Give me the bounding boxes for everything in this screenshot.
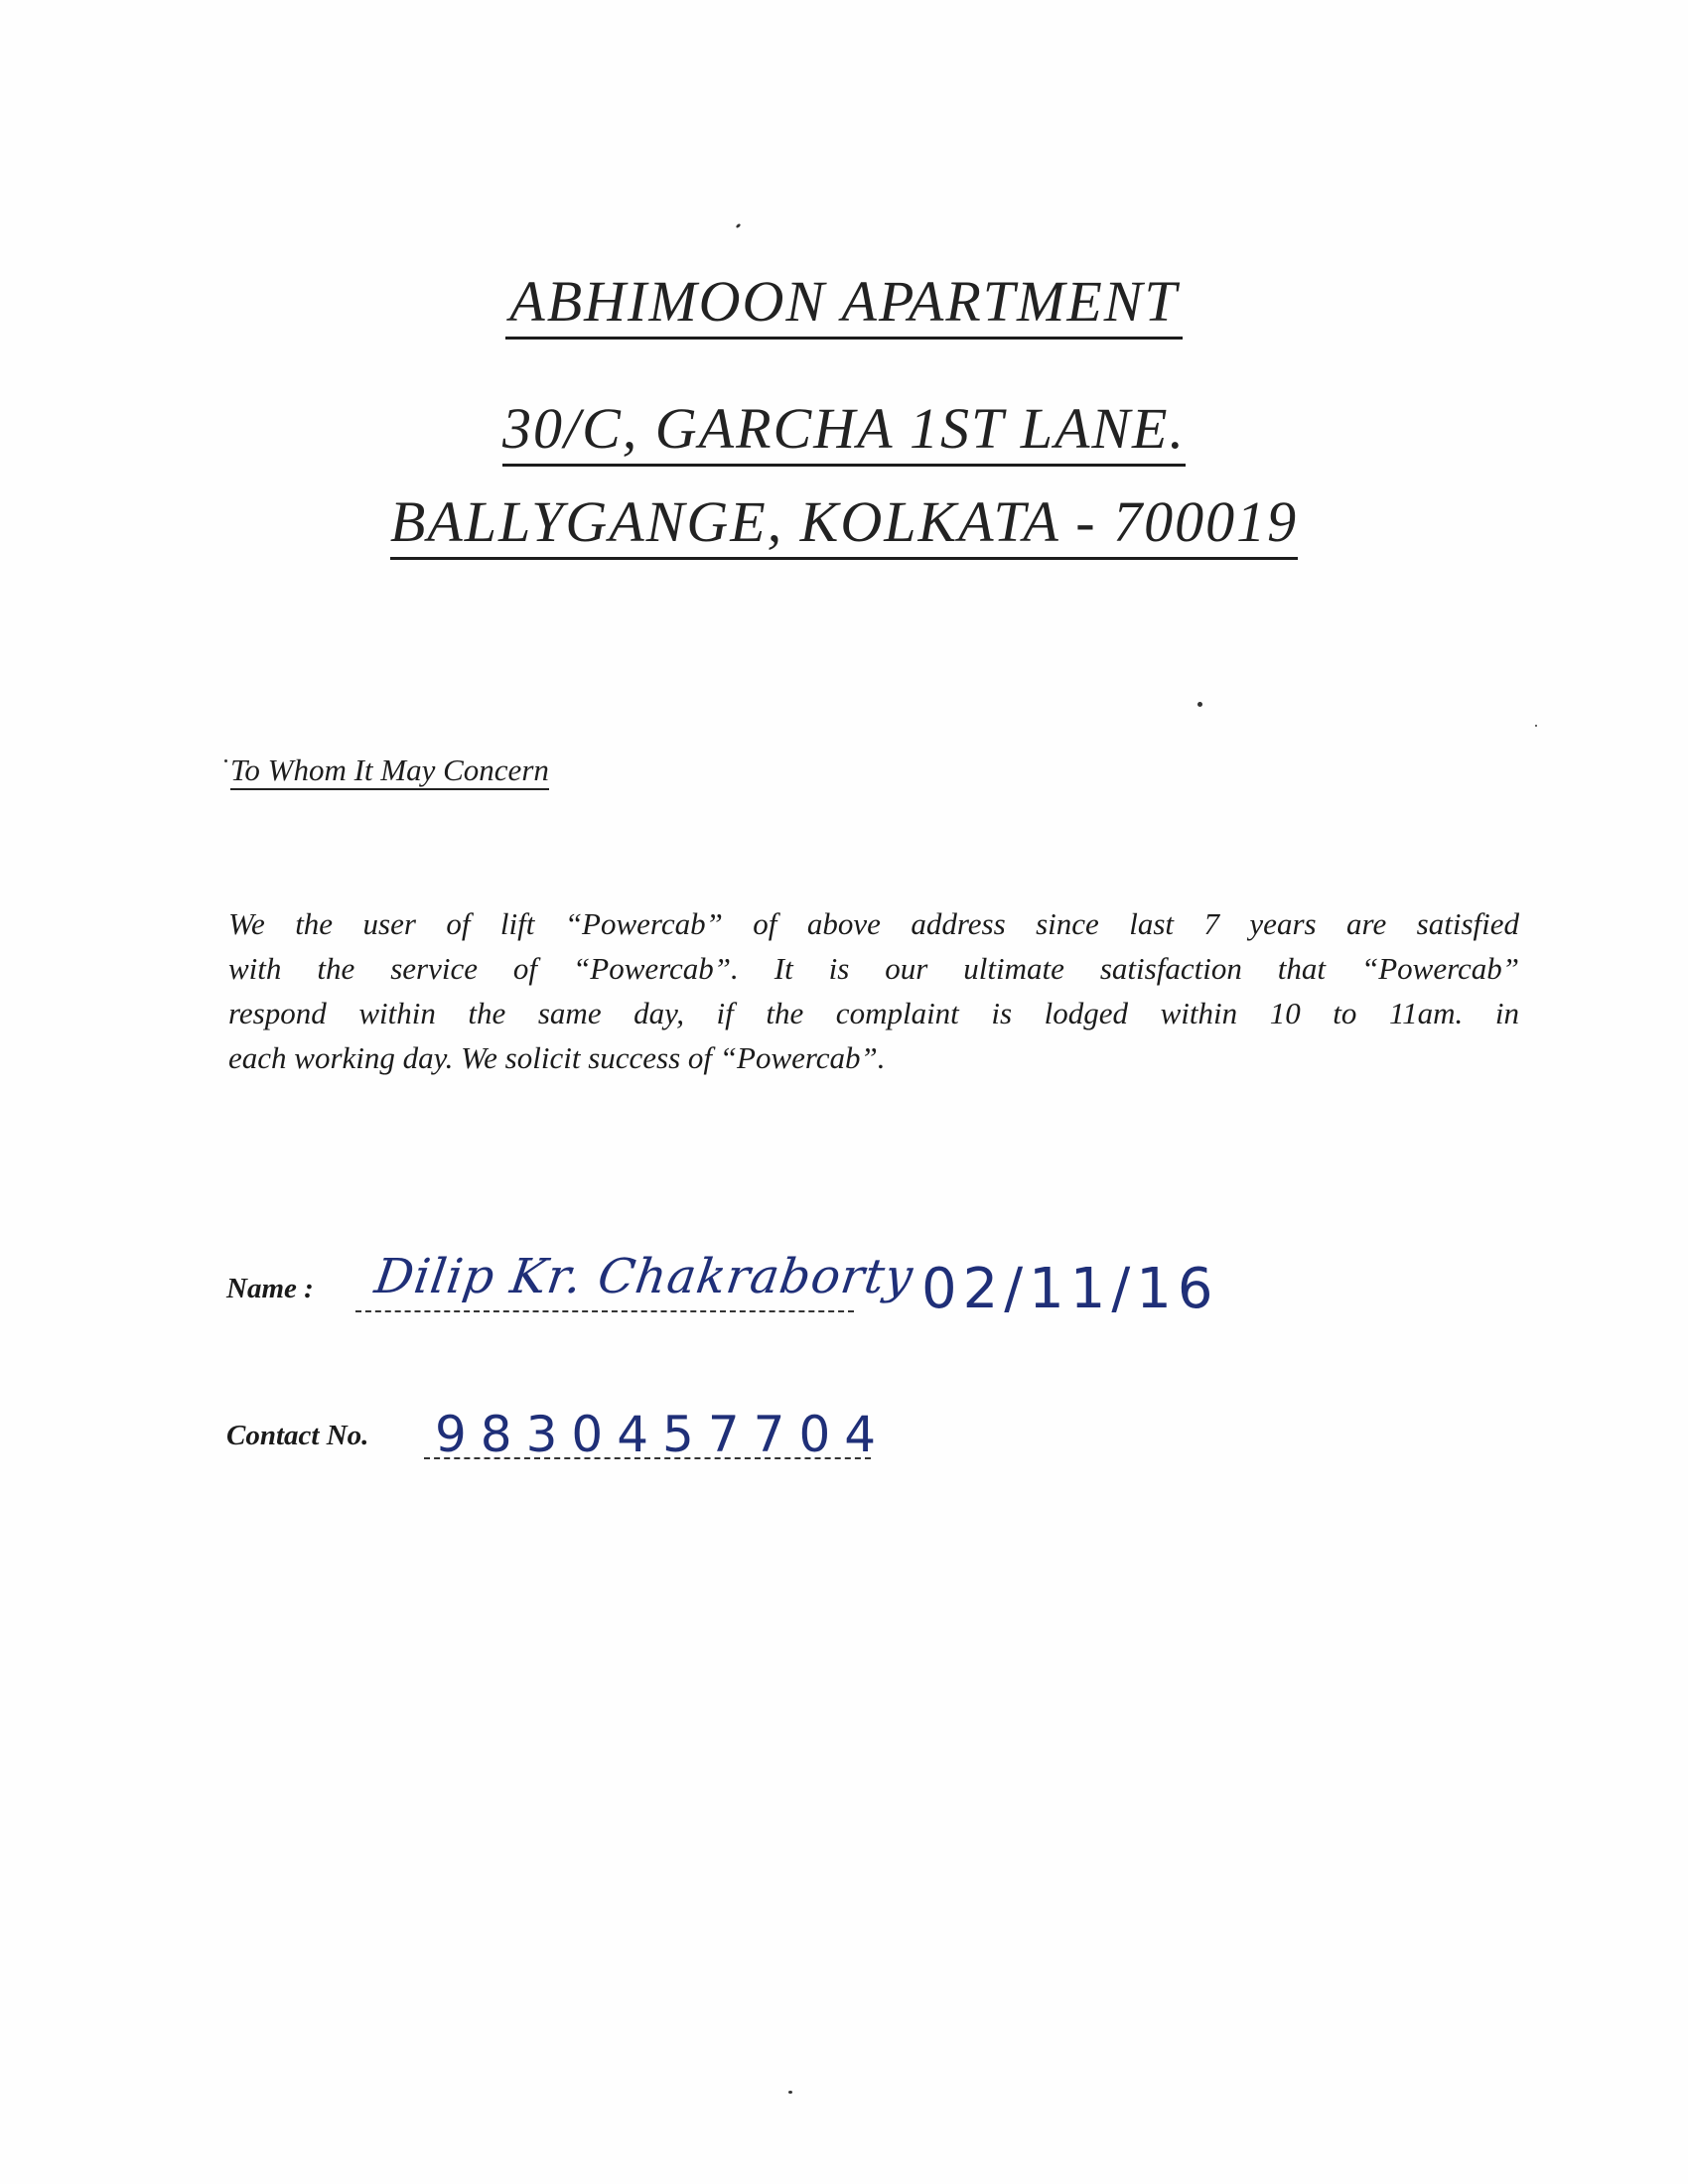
letterhead-line-1: ABHIMOON APARTMENT <box>505 273 1182 340</box>
letterhead-city-address: BALLYGANGE, KOLKATA - 700019 <box>0 493 1688 560</box>
name-blank-line <box>355 1310 854 1312</box>
salutation: To Whom It May Concern <box>230 754 549 790</box>
letterhead-line-2: 30/C, GARCHA 1ST LANE. <box>502 400 1186 467</box>
letterhead-building-name: ABHIMOON APARTMENT <box>0 273 1688 340</box>
handwritten-date: 02/11/16 <box>921 1257 1219 1321</box>
letter-body: We the user of lift “Powercab” of above … <box>228 901 1519 1080</box>
body-line: respond within the same day, if the comp… <box>228 991 1519 1035</box>
scan-speck <box>788 2091 792 2094</box>
letter-page: ABHIMOON APARTMENT 30/C, GARCHA 1ST LANE… <box>0 0 1688 2184</box>
contact-label: Contact No. <box>226 1420 368 1452</box>
scan-speck <box>736 223 742 229</box>
handwritten-contact-number: 9830457704 <box>435 1406 890 1463</box>
letterhead-street-address: 30/C, GARCHA 1ST LANE. <box>0 400 1688 467</box>
scan-speck <box>1535 725 1537 727</box>
name-label: Name : <box>226 1273 314 1305</box>
body-line: each working day. We solicit success of … <box>228 1035 1519 1080</box>
scan-speck <box>224 759 227 762</box>
body-line: We the user of lift “Powercab” of above … <box>228 901 1519 946</box>
body-line: with the service of “Powercab”. It is ou… <box>228 946 1519 991</box>
handwritten-name: Dilip Kr. Chakraborty <box>371 1249 916 1304</box>
scan-speck <box>1197 702 1202 707</box>
letterhead-line-3: BALLYGANGE, KOLKATA - 700019 <box>390 493 1298 560</box>
